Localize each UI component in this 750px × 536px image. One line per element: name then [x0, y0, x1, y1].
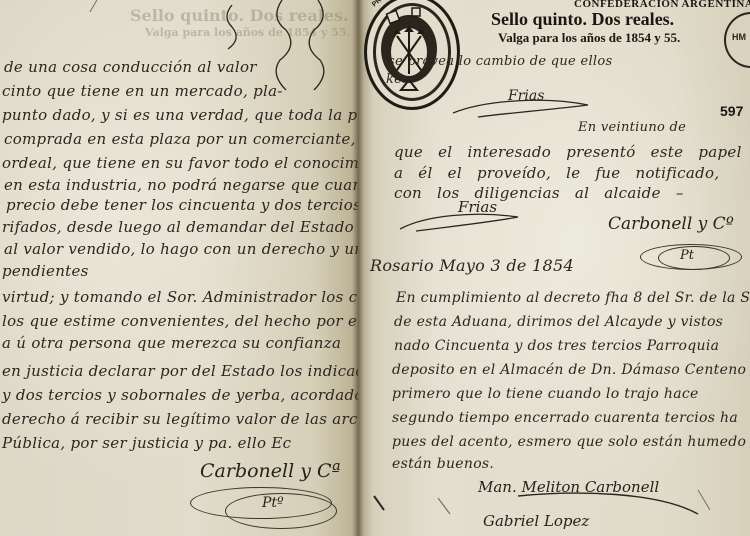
right-body-line-4: deposito en el Almacén de Dn. Dámaso Cen…: [392, 362, 746, 378]
left-rubric: Ptº: [262, 495, 284, 511]
left-line-6: en esta industria, no podrá negarse que …: [4, 176, 358, 194]
page-number: 597: [720, 103, 743, 119]
left-line-11: virtud; y tomando el Sor. Administrador …: [2, 288, 358, 306]
printed-header-title: Sello quinto. Dos reales.: [491, 9, 674, 30]
right-body-line-3: nado Cincuenta y dos tres tercios Parroq…: [394, 338, 719, 354]
corner-stamp-text: HM: [732, 32, 746, 42]
right-body-line-6: segundo tiempo encerrado cuarenta tercio…: [392, 410, 738, 426]
left-line-16: derecho á recibir su legítimo valor de l…: [2, 410, 358, 428]
right-body-line-5: primero que lo tiene cuando lo trajo hac…: [392, 386, 699, 402]
left-line-13: a ú otra persona que merezca su confianz…: [2, 334, 341, 352]
left-line-5: ordeal, que tiene en su favor todo el co…: [2, 154, 358, 172]
printed-header-subtitle: Valga para los años de 1854 y 55.: [498, 30, 680, 46]
middle-signature-flourish: [396, 205, 526, 235]
date-line: Rosario Mayo 3 de 1854: [370, 256, 574, 275]
right-body-line-1: En cumplimiento al decreto fha 8 del Sr.…: [396, 290, 750, 306]
left-line-2: cinto que tiene en un mercado, pla-: [2, 82, 283, 100]
right-body-line-2: de esta Aduana, dirimos del Alcayde y vi…: [394, 314, 723, 330]
right-middle-line-2: que el interesado presentó este papel: [394, 143, 742, 161]
right-body-line-7: pues del acento, esmero que solo están h…: [392, 434, 746, 450]
left-line-14: en justicia declarar por del Estado los …: [2, 362, 358, 380]
coat-of-arms-seal-icon: [364, 0, 454, 104]
left-line-4: comprada en esta plaza por un comerciant…: [4, 130, 358, 148]
left-line-9: al valor vendido, lo hago con un derecho…: [4, 240, 358, 258]
stray-ink-marks: [358, 480, 750, 536]
right-middle-line-1: En veintiuno de: [578, 120, 686, 135]
right-firm-signature: Carbonell y Cº: [608, 214, 734, 234]
left-line-1: de una cosa conducción al valor: [4, 58, 257, 76]
right-middle-line-3: a él el proveído, le fue notificado,: [394, 164, 719, 182]
left-line-3: punto dado, y si es una verdad, que toda…: [2, 106, 358, 124]
book-spread: Sello quinto. Dos reales. Valga para los…: [0, 0, 750, 536]
left-line-17: Pública, por ser justicia y pa. ello Ec: [2, 434, 291, 452]
right-firm-rubric: Pt: [680, 248, 694, 263]
left-line-12: los que estime convenientes, del hecho p…: [2, 312, 358, 330]
right-body-line-8: están buenos.: [392, 456, 494, 472]
left-page: Sello quinto. Dos reales. Valga para los…: [0, 0, 358, 536]
left-line-8: rifados, desde luego al demandar del Est…: [2, 218, 358, 236]
right-rubric-flourish-inner: [658, 246, 730, 270]
corner-stamp: HM: [724, 12, 750, 68]
left-line-15: y dos tercios y sobornales de yerba, aco…: [2, 386, 358, 404]
right-middle-line-4: con los diligencias al alcaide –: [394, 184, 684, 202]
book-gutter: [352, 0, 364, 536]
right-top-line-1: se provea lo cambio de que ellos: [388, 54, 612, 69]
left-line-7: precio debe tener los cincuenta y dos te…: [6, 196, 358, 214]
left-line-10: pendientes: [2, 262, 89, 280]
right-page: PROVINCIA SANTA-FE CONFEDERACION ARGENTI…: [358, 0, 750, 536]
left-signature: Carbonell y Cª: [200, 460, 341, 482]
top-signature-flourish: [448, 95, 598, 120]
right-top-line-2: ken: [386, 72, 411, 87]
